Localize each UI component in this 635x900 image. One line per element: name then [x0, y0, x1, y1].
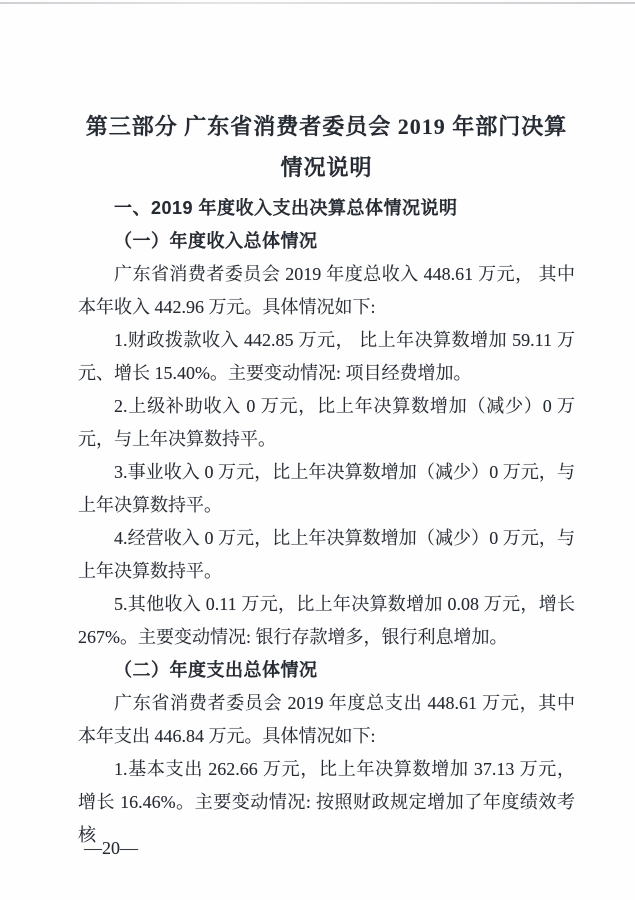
subsection-heading-annual-expenditure: （二）年度支出总体情况 — [78, 654, 575, 687]
document-title-line1: 第三部分 广东省消费者委员会 2019 年部门决算 — [86, 114, 568, 139]
body-paragraph-basic-expenditure: 1.基本支出 262.66 万元，比上年决算数增加 37.13 万元，增长 16… — [78, 753, 575, 852]
body-paragraph-superior-subsidy-income: 2.上级补助收入 0 万元，比上年决算数增加（减少）0 万元，与上年决算数持平。 — [78, 390, 575, 456]
scanned-document-page: 第三部分 广东省消费者委员会 2019 年部门决算 情况说明 一、2019 年度… — [0, 0, 635, 900]
body-paragraph-total-income: 广东省消费者委员会 2019 年度总收入 448.61 万元， 其中本年收入 4… — [78, 258, 575, 324]
body-paragraph-total-expenditure: 广东省消费者委员会 2019 年度总支出 448.61 万元，其中本年支出 44… — [78, 687, 575, 753]
body-paragraph-business-income: 4.经营收入 0 万元，比上年决算数增加（减少）0 万元，与上年决算数持平。 — [78, 522, 575, 588]
document-title-line2: 情况说明 — [280, 155, 372, 180]
document-title: 第三部分 广东省消费者委员会 2019 年部门决算 情况说明 — [78, 106, 575, 188]
subsection-heading-annual-income: （一）年度收入总体情况 — [78, 225, 575, 258]
section-heading-income-expenditure-overview: 一、2019 年度收入支出决算总体情况说明 — [78, 192, 575, 225]
body-paragraph-fiscal-appropriation-income: 1.财政拨款收入 442.85 万元， 比上年决算数增加 59.11 万元、增长… — [78, 324, 575, 390]
document-content: 第三部分 广东省消费者委员会 2019 年部门决算 情况说明 一、2019 年度… — [78, 0, 575, 852]
body-paragraph-operational-income: 3.事业收入 0 万元，比上年决算数增加（减少）0 万元，与上年决算数持平。 — [78, 456, 575, 522]
page-number: —20— — [84, 836, 138, 860]
body-paragraph-other-income: 5.其他收入 0.11 万元，比上年决算数增加 0.08 万元，增长 267%。… — [78, 588, 575, 654]
